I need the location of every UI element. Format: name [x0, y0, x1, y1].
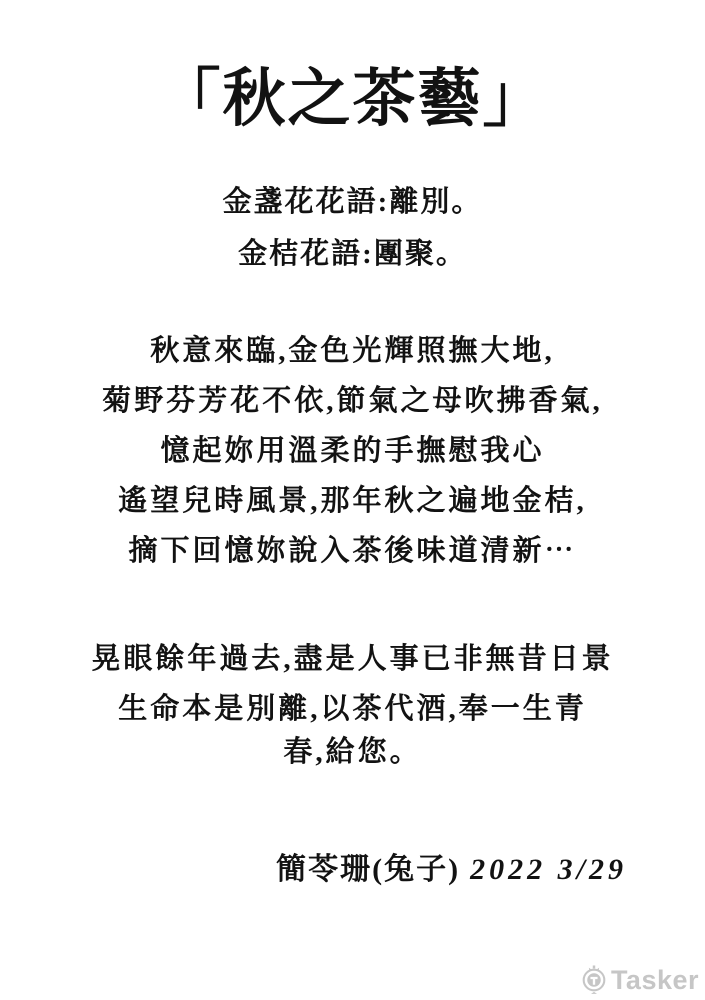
poem-line: 遙望兒時風景,那年秋之遍地金桔,	[0, 476, 705, 526]
poem-line: 春,給您。	[0, 734, 705, 770]
page-title: 「秋之茶藝」	[0, 56, 705, 142]
poem-line: 生命本是別離,以茶代酒,奉一生青	[0, 684, 705, 734]
poem-line: 菊野芬芳花不依,節氣之母吹拂香氣,	[0, 376, 705, 426]
watermark-label: Tasker	[611, 965, 699, 995]
author-name: 簡苓珊(兔子)	[276, 853, 460, 886]
poem-line: 摘下回憶妳說入茶後味道清新⋯	[0, 526, 705, 576]
flower-language-line: 金盞花花語:離別。	[0, 176, 705, 228]
signature-date: 2022 3/29	[460, 853, 627, 886]
tasker-watermark: Tasker	[579, 964, 699, 996]
document-page: 「秋之茶藝」 金盞花花語:離別。 金桔花語:團聚。 秋意來臨,金色光輝照撫大地,…	[0, 0, 705, 1000]
poem-stanza-1: 秋意來臨,金色光輝照撫大地, 菊野芬芳花不依,節氣之母吹拂香氣, 憶起妳用溫柔的…	[0, 326, 705, 576]
poem-line: 秋意來臨,金色光輝照撫大地,	[0, 326, 705, 376]
poem-line: 憶起妳用溫柔的手撫慰我心	[0, 426, 705, 476]
signature: 簡苓珊(兔子)2022 3/29	[0, 850, 705, 890]
flower-language-line: 金桔花語:團聚。	[0, 228, 705, 280]
poem-stanza-2: 晃眼餘年過去,盡是人事已非無昔日景 生命本是別離,以茶代酒,奉一生青 春,給您。	[0, 634, 705, 770]
tasker-logo-icon	[579, 964, 609, 996]
poem-line: 晃眼餘年過去,盡是人事已非無昔日景	[0, 634, 705, 684]
flower-language-block: 金盞花花語:離別。 金桔花語:團聚。	[0, 176, 705, 280]
